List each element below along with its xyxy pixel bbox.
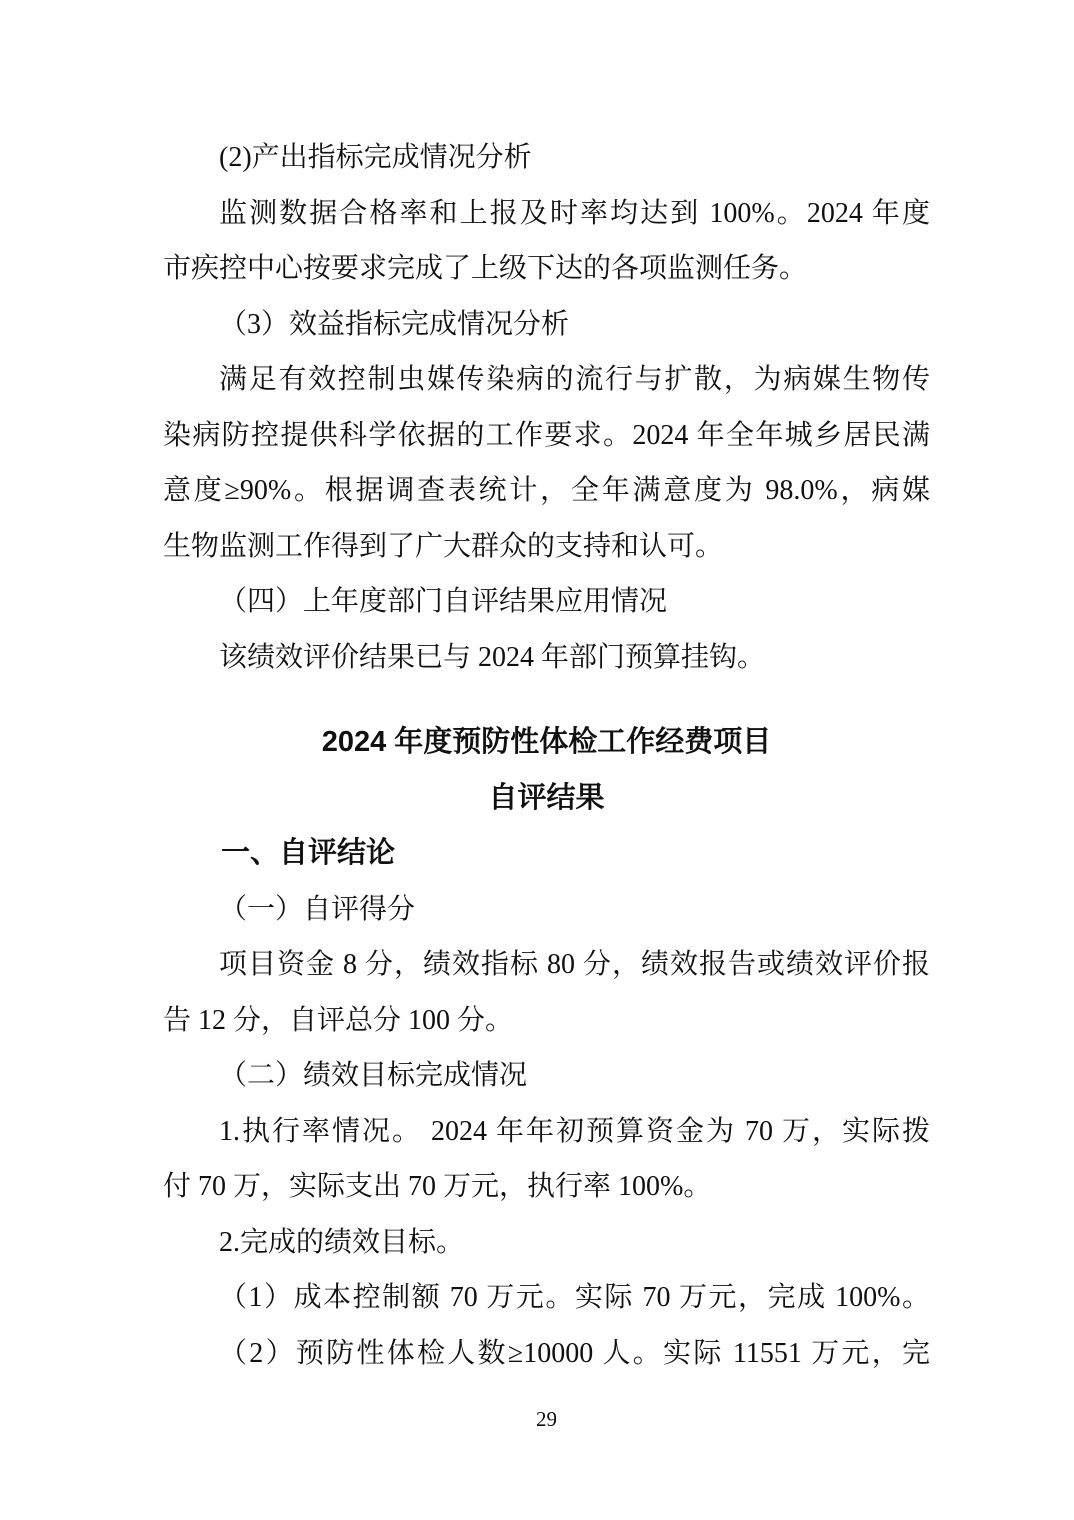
- text-line: 意度≥90%。根据调查表统计，全年满意度为 98.0%，病媒: [163, 463, 930, 519]
- text-line: (2)产出指标完成情况分析: [163, 130, 930, 186]
- heading-line: 自评结果: [163, 771, 930, 827]
- heading-line: 2024 年度预防性体检工作经费项目: [163, 715, 930, 771]
- text-line: 生物监测工作得到了广大群众的支持和认可。: [163, 519, 930, 575]
- text-line: 付 70 万，实际支出 70 万元，执行率 100%。: [163, 1159, 930, 1215]
- heading-line: 一、自评结论: [163, 826, 930, 882]
- document-body: (2)产出指标完成情况分析监测数据合格率和上报及时率均达到 100%。2024 …: [163, 130, 930, 1381]
- document-page: (2)产出指标完成情况分析监测数据合格率和上报及时率均达到 100%。2024 …: [0, 0, 1074, 1520]
- text-line: 染病防控提供科学依据的工作要求。2024 年全年城乡居民满: [163, 408, 930, 464]
- text-line: 项目资金 8 分，绩效指标 80 分，绩效报告或绩效评价报: [163, 937, 930, 993]
- text-line: 2.完成的绩效目标。: [163, 1215, 930, 1271]
- text-line: 1.执行率情况。 2024 年年初预算资金为 70 万，实际拨: [163, 1104, 930, 1160]
- text-line: 该绩效评价结果已与 2024 年部门预算挂钩。: [163, 630, 930, 686]
- text-line: 市疾控中心按要求完成了上级下达的各项监测任务。: [163, 241, 930, 297]
- text-line: （1）成本控制额 70 万元。实际 70 万元，完成 100%。: [163, 1270, 930, 1326]
- text-line: （二）绩效目标完成情况: [163, 1048, 930, 1104]
- text-line: （2）预防性体检人数≥10000 人。实际 11551 万元，完: [163, 1326, 930, 1382]
- text-line: 满足有效控制虫媒传染病的流行与扩散，为病媒生物传: [163, 352, 930, 408]
- text-line: 监测数据合格率和上报及时率均达到 100%。2024 年度: [163, 186, 930, 242]
- text-line: （3）效益指标完成情况分析: [163, 297, 930, 353]
- text-line: （四）上年度部门自评结果应用情况: [163, 574, 930, 630]
- text-line: 告 12 分，自评总分 100 分。: [163, 993, 930, 1049]
- text-line: （一）自评得分: [163, 882, 930, 938]
- page-number: 29: [163, 1406, 930, 1432]
